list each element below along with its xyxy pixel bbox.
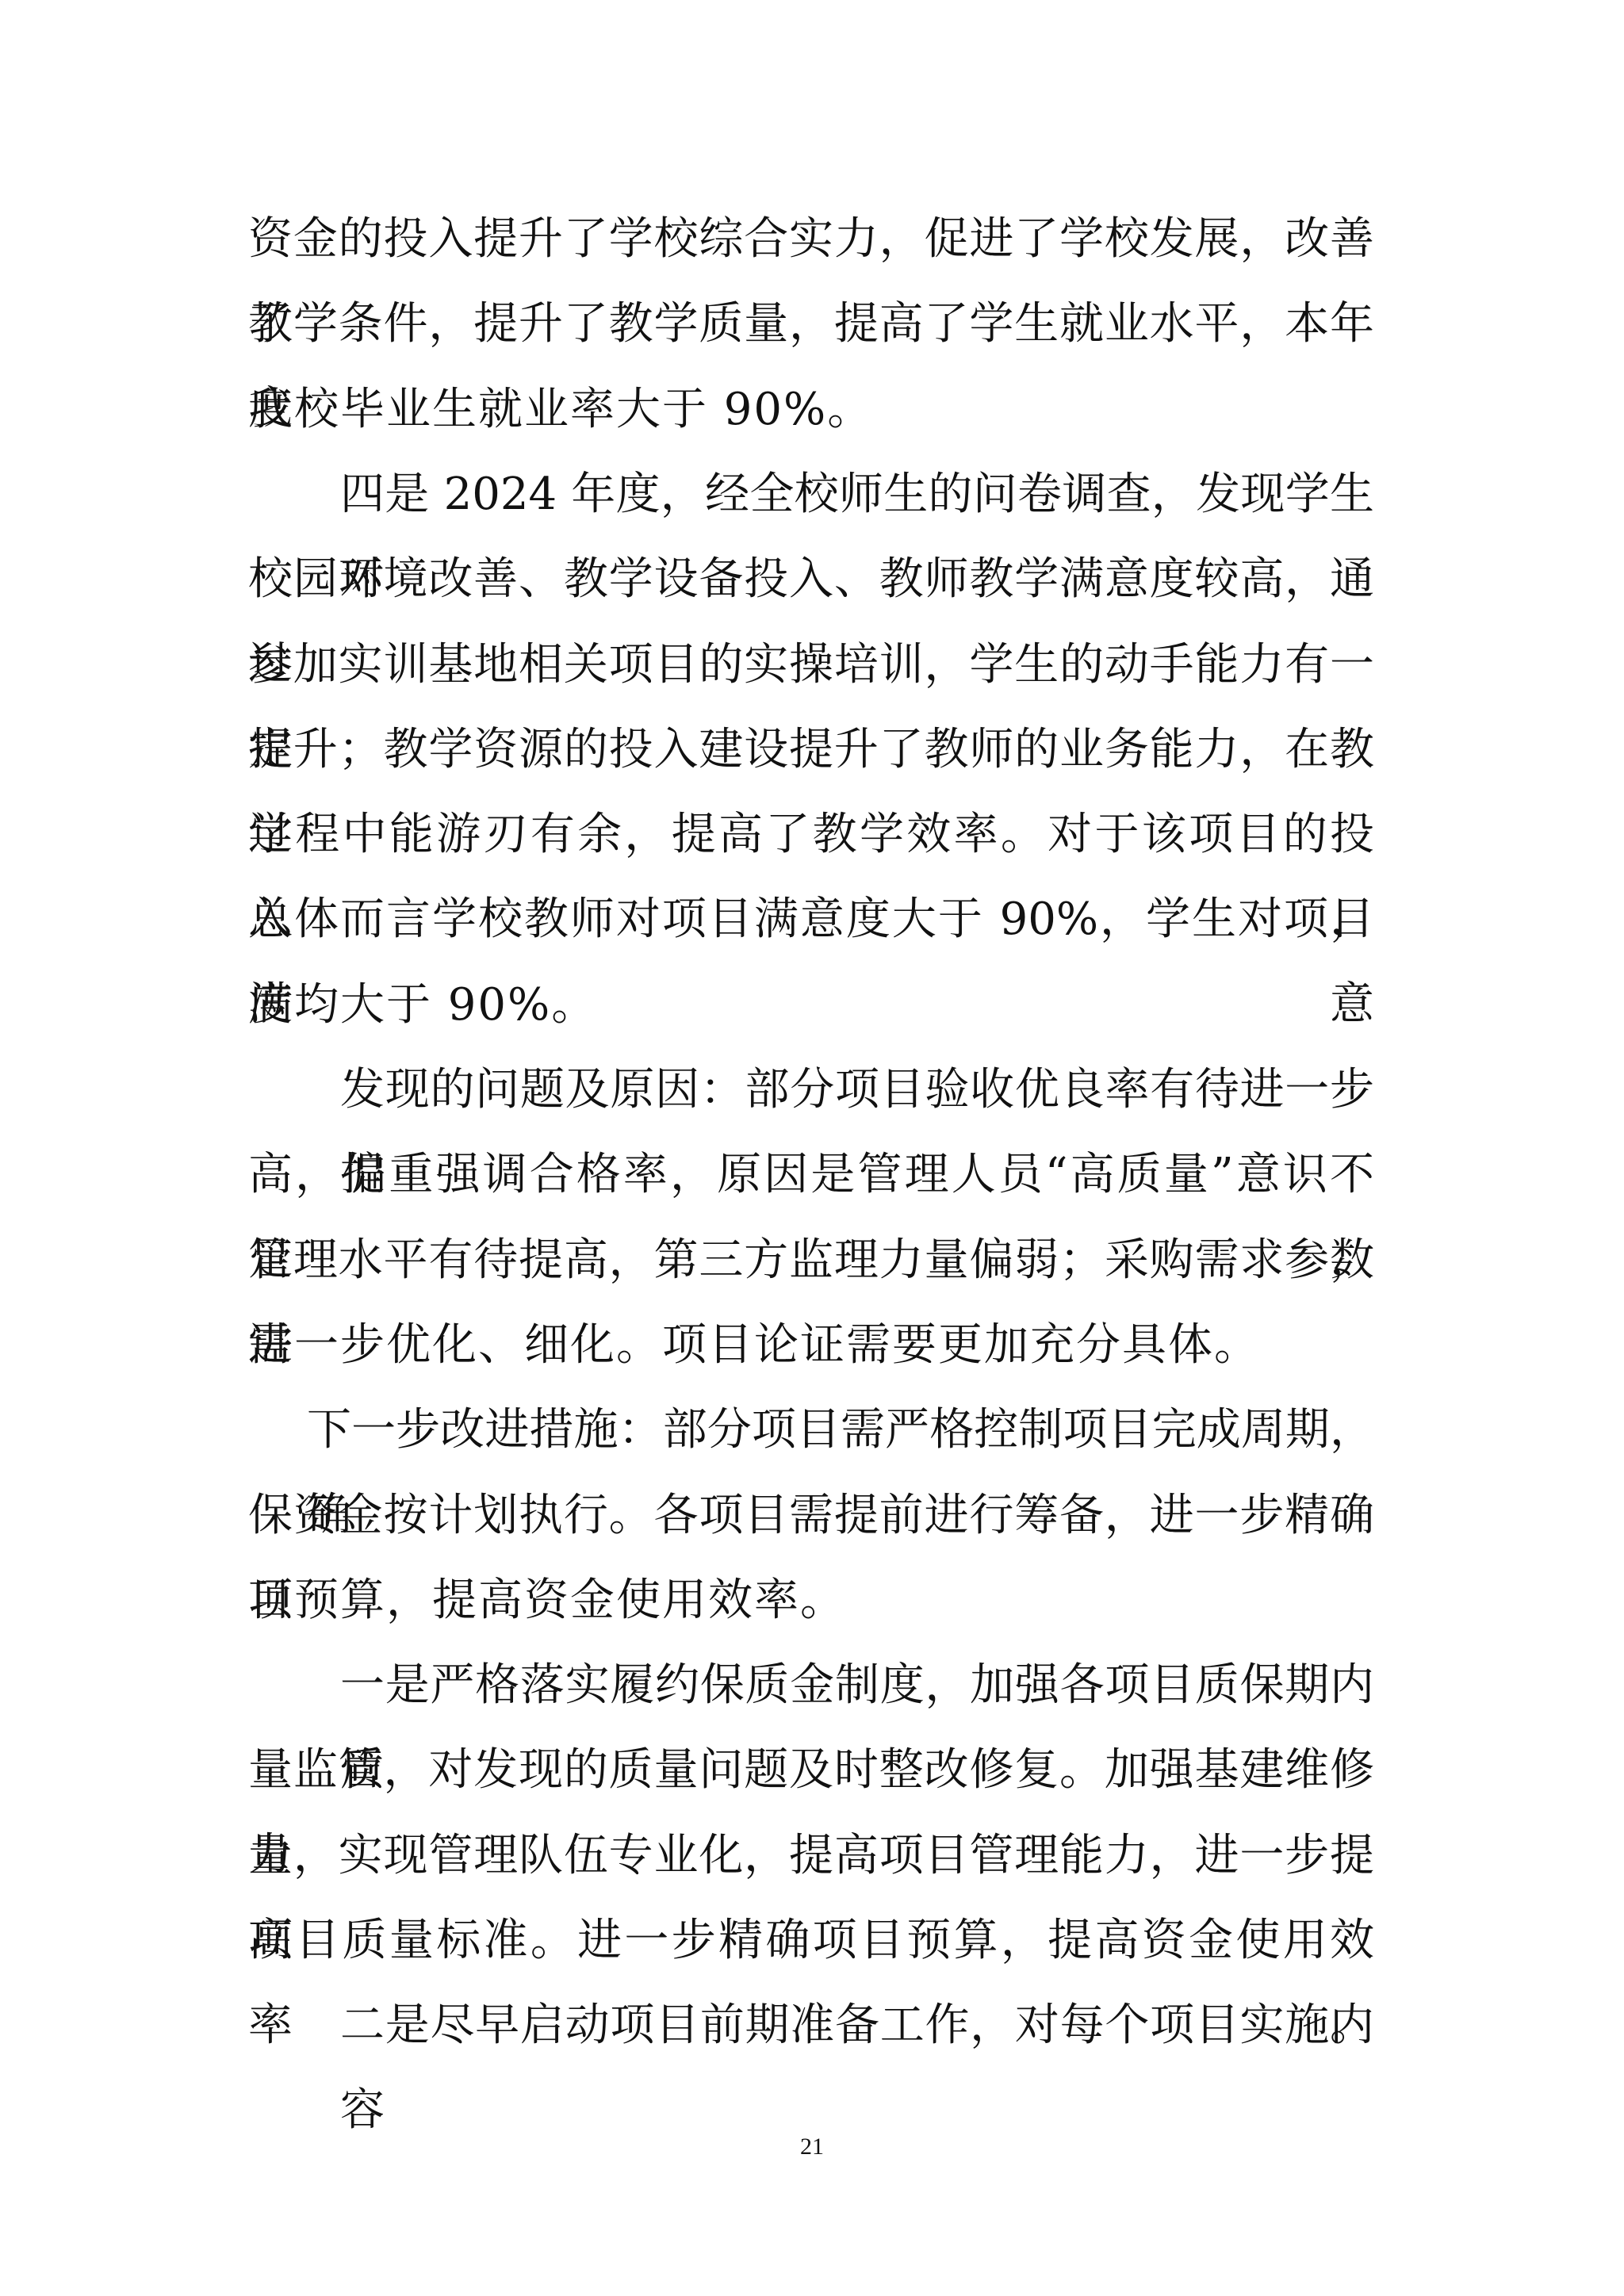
text-line: 进一步优化、细化。项目论证需要更加充分具体。 — [248, 1303, 1374, 1387]
text-line: 四是 2024 年度，经全校师生的问卷调查，发现学生对 — [340, 452, 1374, 537]
text-line: 项目质量标准。进一步精确项目预算，提高资金使用效率。 — [248, 1898, 1374, 1983]
text-line: 提升；教学资源的投入建设提升了教师的业务能力，在教学 — [248, 707, 1374, 792]
text-line: 参加实训基地相关项目的实操培训，学生的动手能力有一定 — [248, 622, 1374, 707]
text-line: 高，偏重强调合格率，原因是管理人员“高质量”意识不足， — [248, 1132, 1374, 1217]
text-line: 二是尽早启动项目前期准备工作，对每个项目实施内容 — [340, 1983, 1374, 2068]
text-line: 教学条件，提升了教学质量，提高了学生就业水平，本年度 — [248, 281, 1374, 366]
text-line: 总体而言学校教师对项目满意度大于 90%，学生对项目满意 — [248, 877, 1374, 962]
text-line: 目预算，提高资金使用效率。 — [248, 1558, 1374, 1643]
text-line: 校园环境改善、教学设备投入、教师教学满意度较高，通过 — [248, 537, 1374, 622]
text-line: 管理水平有待提高，第三方监理力量偏弱；采购需求参数需 — [248, 1218, 1374, 1303]
text-line: 保资金按计划执行。各项目需提前进行筹备，进一步精确项 — [248, 1473, 1374, 1558]
document-page: 资金的投入提升了学校综合实力，促进了学校发展，改善了教学条件，提升了教学质量，提… — [0, 0, 1624, 2296]
text-line: 度均大于 90%。 — [248, 962, 1374, 1047]
text-line: 一是严格落实履约保质金制度，加强各项目质保期内质 — [340, 1643, 1374, 1728]
text-line: 资金的投入提升了学校综合实力，促进了学校发展，改善了 — [248, 197, 1374, 281]
text-line: 下一步改进措施：部分项目需严格控制项目完成周期，确 — [307, 1387, 1374, 1472]
page-number: 21 — [772, 2131, 852, 2163]
text-line: 过程中能游刃有余，提高了教学效率。对于该项目的投入， — [248, 792, 1374, 877]
text-line: 量，实现管理队伍专业化，提高项目管理能力，进一步提高 — [248, 1813, 1374, 1898]
text-line: 我校毕业生就业率大于 90%。 — [248, 367, 1374, 452]
text-line: 量监管，对发现的质量问题及时整改修复。加强基建维修力 — [248, 1728, 1374, 1812]
text-line: 发现的问题及原因：部分项目验收优良率有待进一步提 — [340, 1047, 1374, 1132]
